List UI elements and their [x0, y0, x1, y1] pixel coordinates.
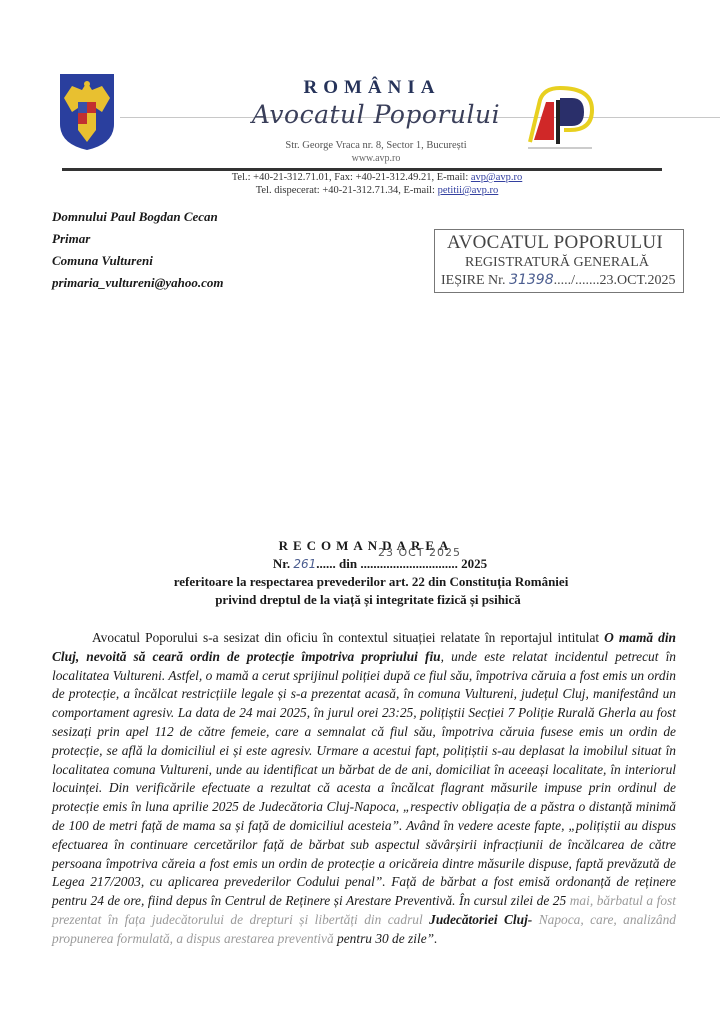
- body-narrative: , unde este relatat incidentul petrecut …: [52, 649, 676, 908]
- recipient-block: Domnului Paul Bogdan Cecan Primar Comuna…: [52, 206, 224, 294]
- registry-stamp: AVOCATUL POPORULUI REGISTRATURĂ GENERALĂ…: [434, 229, 684, 293]
- recipient-locality: Comuna Vultureni: [52, 250, 224, 272]
- din-dots: ..............................: [360, 556, 458, 571]
- contact-dispatch: Tel. dispecerat: +40-21-312.71.34, E-mai…: [256, 185, 438, 196]
- stamp-exit-label: IEȘIRE Nr.: [441, 273, 509, 288]
- recipient-email[interactable]: primaria_vultureni@yahoo.com: [52, 272, 224, 294]
- country-name: ROMÂNIA: [0, 77, 724, 99]
- stamp-registry: REGISTRATURĂ GENERALĂ: [465, 255, 649, 271]
- email-link-avp[interactable]: avp@avp.ro: [471, 172, 522, 183]
- stamp-handwritten-number: 31398: [509, 272, 554, 288]
- institution-address: Str. George Vraca nr. 8, Sector 1, Bucur…: [0, 140, 724, 151]
- institution-name: Avocatul Poporului: [0, 100, 724, 129]
- header-rule: [62, 168, 662, 171]
- contact-line-2: Tel. dispecerat: +40-21-312.71.34, E-mai…: [0, 185, 724, 196]
- document-title: RECOMANDAREA: [0, 538, 724, 554]
- institution-website[interactable]: www.avp.ro: [0, 153, 724, 164]
- year: 2025: [458, 556, 487, 571]
- nr-handwritten: 261: [293, 557, 316, 571]
- document-subtitle-2: privind dreptul de la viață și integrita…: [0, 592, 724, 608]
- document-subtitle-1: referitoare la respectarea prevederilor …: [0, 574, 724, 590]
- contact-phone-fax: Tel.: +40-21-312.71.01, Fax: +40-21-312.…: [232, 172, 471, 183]
- body-ending: pentru 30 de zile”.: [337, 931, 437, 946]
- recipient-name: Domnului Paul Bogdan Cecan: [52, 206, 224, 228]
- nr-label: Nr.: [273, 556, 293, 571]
- email-link-petitii[interactable]: petitii@avp.ro: [438, 185, 499, 196]
- body-court-name: Judecătoriei Cluj-: [429, 912, 532, 927]
- nr-dots: ......: [316, 556, 336, 571]
- stamp-date: 23.OCT.2025: [600, 273, 676, 288]
- stamp-separator: ...../.......: [554, 273, 600, 288]
- document-body: Avocatul Poporului s-a sesizat din ofici…: [52, 629, 676, 949]
- stamp-exit-number: IEȘIRE Nr. 31398...../.......23.OCT.2025: [441, 272, 675, 289]
- recipient-role: Primar: [52, 228, 224, 250]
- din-label: din: [336, 556, 361, 571]
- stamp-institution: AVOCATUL POPORULUI: [447, 232, 663, 254]
- contact-line-1: Tel.: +40-21-312.71.01, Fax: +40-21-312.…: [0, 172, 724, 183]
- body-intro: Avocatul Poporului s-a sesizat din ofici…: [92, 630, 604, 645]
- body-paragraph: Avocatul Poporului s-a sesizat din ofici…: [52, 629, 676, 949]
- document-number-line: Nr. 261...... din ......................…: [0, 556, 724, 572]
